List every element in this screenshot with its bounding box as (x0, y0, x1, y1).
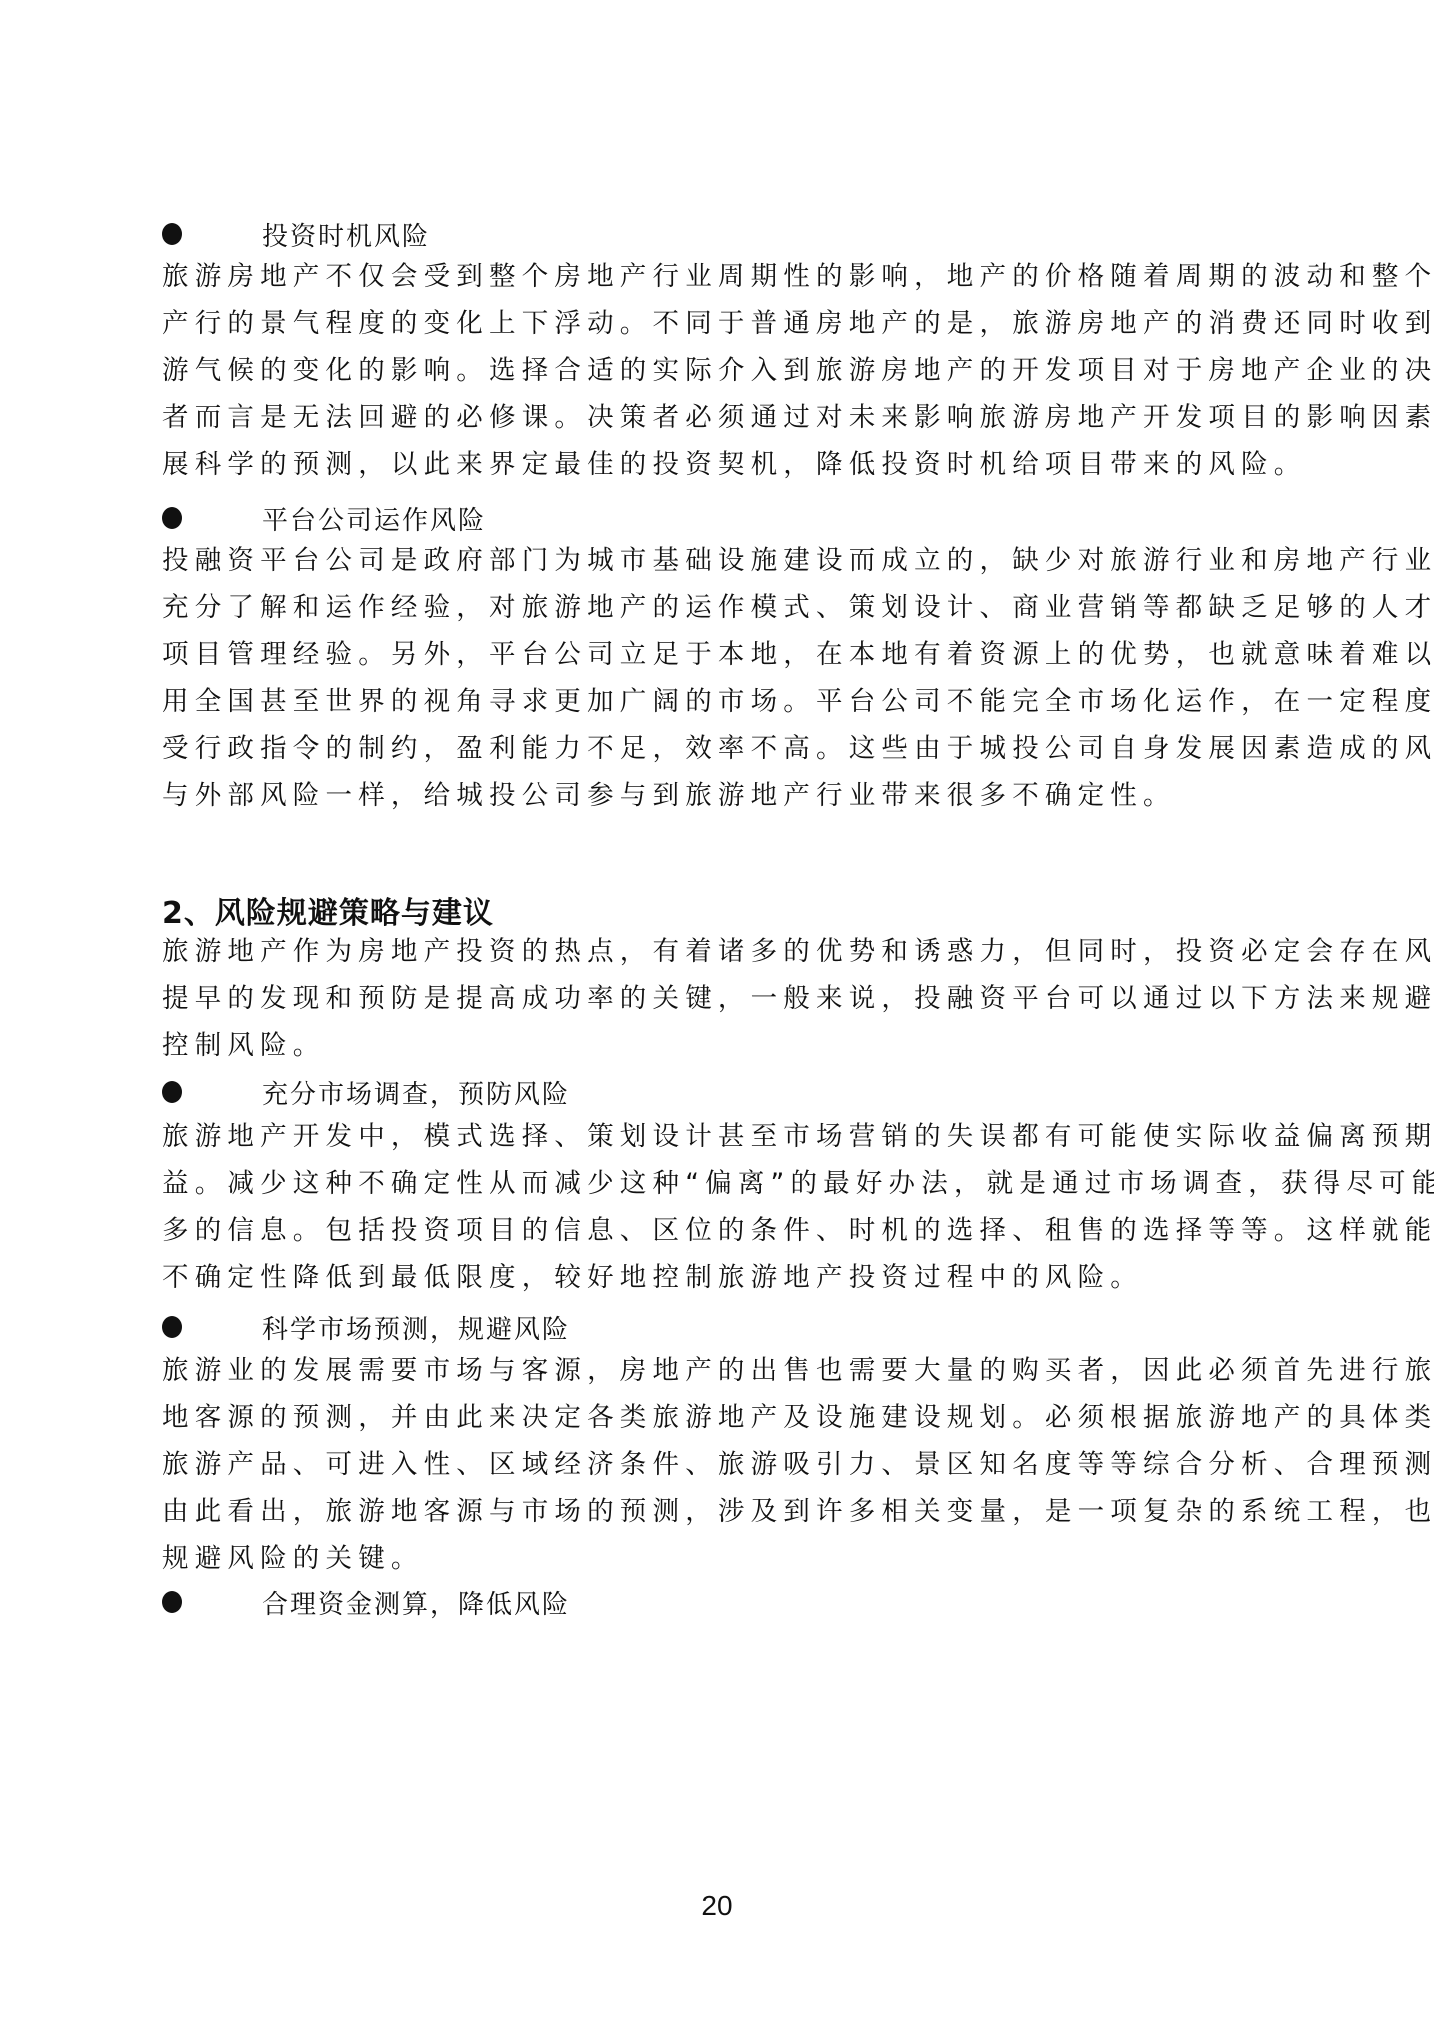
text-line: 多的信息。包括投资项目的信息、区位的条件、时机的选择、租售的选择等等。这样就能把 (162, 1207, 1287, 1254)
text-line: 游气候的变化的影响。选择合适的实际介入到旅游房地产的开发项目对于房地产企业的决策 (162, 347, 1287, 394)
bullet-label: 充分市场调查，预防风险 (262, 1074, 570, 1111)
paragraph-market-research: 旅游地产开发中，模式选择、策划设计甚至市场营销的失误都有可能使实际收益偏离预期收… (162, 1113, 1287, 1301)
text-line: 地客源的预测，并由此来决定各类旅游地产及设施建设规划。必须根据旅游地产的具体类型… (162, 1394, 1287, 1441)
text-line: 与外部风险一样，给城投公司参与到旅游地产行业带来很多不确定性。 (162, 772, 1287, 819)
text-line: 受行政指令的制约，盈利能力不足，效率不高。这些由于城投公司自身发展因素造成的风险 (162, 725, 1287, 772)
text-line: 由此看出，旅游地客源与市场的预测，涉及到许多相关变量，是一项复杂的系统工程，也是 (162, 1488, 1287, 1535)
text-line: 项目管理经验。另外，平台公司立足于本地，在本地有着资源上的优势，也就意味着难以利 (162, 631, 1287, 678)
text-line: 者而言是无法回避的必修课。决策者必须通过对未来影响旅游房地产开发项目的影响因素开 (162, 394, 1287, 441)
text-line: 提早的发现和预防是提高成功率的关键，一般来说，投融资平台可以通过以下方法来规避或 (162, 975, 1287, 1022)
paragraph-platform-operation-risk: 投融资平台公司是政府部门为城市基础设施建设而成立的，缺少对旅游行业和房地产行业的… (162, 537, 1287, 819)
bullet-label: 科学市场预测，规避风险 (262, 1309, 570, 1346)
page-number: 20 (0, 1890, 1434, 1922)
text-line: 益。减少这种不确定性从而减少这种“偏离”的最好办法，就是通过市场调查，获得尽可能 (162, 1160, 1287, 1207)
paragraph-investment-timing-risk: 旅游房地产不仅会受到整个房地产行业周期性的影响，地产的价格随着周期的波动和整个地… (162, 253, 1287, 488)
section-heading: 2、风险规避策略与建议 (162, 888, 494, 932)
paragraph-intro: 旅游地产作为房地产投资的热点，有着诸多的优势和诱惑力，但同时，投资必定会存在风险… (162, 928, 1287, 1069)
text-line: 投融资平台公司是政府部门为城市基础设施建设而成立的，缺少对旅游行业和房地产行业的 (162, 537, 1287, 584)
text-line: 控制风险。 (162, 1022, 1287, 1069)
text-line: 旅游业的发展需要市场与客源，房地产的出售也需要大量的购买者，因此必须首先进行旅游 (162, 1347, 1287, 1394)
paragraph-market-forecast: 旅游业的发展需要市场与客源，房地产的出售也需要大量的购买者，因此必须首先进行旅游… (162, 1347, 1287, 1582)
bullet-icon (162, 507, 182, 529)
bullet-icon (162, 1591, 182, 1613)
text-line: 产行的景气程度的变化上下浮动。不同于普通房地产的是，旅游房地产的消费还同时收到旅 (162, 300, 1287, 347)
text-line: 充分了解和运作经验，对旅游地产的运作模式、策划设计、商业营销等都缺乏足够的人才和 (162, 584, 1287, 631)
bullet-icon (162, 1316, 182, 1338)
text-line: 旅游地产作为房地产投资的热点，有着诸多的优势和诱惑力，但同时，投资必定会存在风险… (162, 928, 1287, 975)
text-line: 不确定性降低到最低限度，较好地控制旅游地产投资过程中的风险。 (162, 1254, 1287, 1301)
bullet-icon (162, 223, 182, 245)
text-line: 旅游房地产不仅会受到整个房地产行业周期性的影响，地产的价格随着周期的波动和整个地 (162, 253, 1287, 300)
text-line: 展科学的预测，以此来界定最佳的投资契机，降低投资时机给项目带来的风险。 (162, 441, 1287, 488)
bullet-icon (162, 1081, 182, 1103)
text-line: 旅游地产开发中，模式选择、策划设计甚至市场营销的失误都有可能使实际收益偏离预期收 (162, 1113, 1287, 1160)
bullet-label: 合理资金测算，降低风险 (262, 1584, 570, 1621)
text-line: 用全国甚至世界的视角寻求更加广阔的市场。平台公司不能完全市场化运作，在一定程度上 (162, 678, 1287, 725)
text-line: 旅游产品、可进入性、区域经济条件、旅游吸引力、景区知名度等等综合分析、合理预测。 (162, 1441, 1287, 1488)
bullet-label: 平台公司运作风险 (262, 500, 486, 537)
text-line: 规避风险的关键。 (162, 1535, 1287, 1582)
bullet-label: 投资时机风险 (262, 216, 430, 253)
